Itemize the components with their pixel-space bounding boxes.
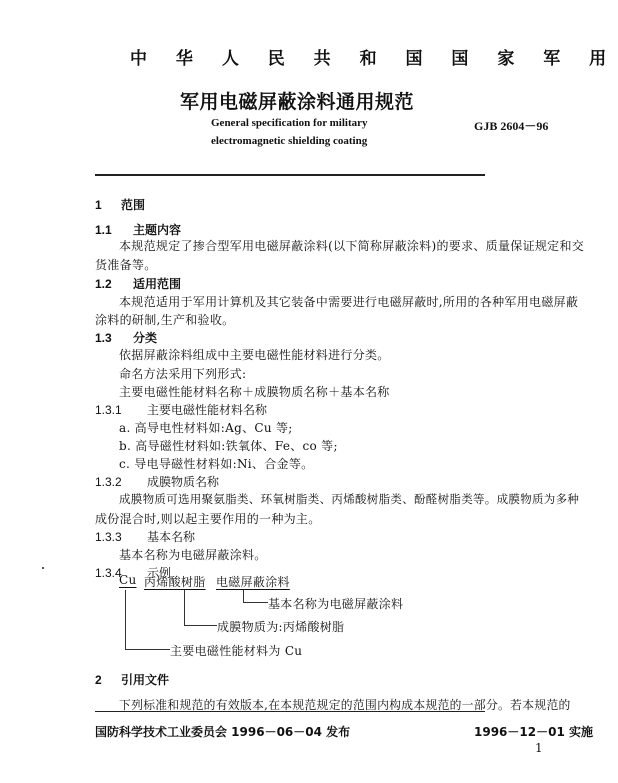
section-1-3-2-para-line2: 成份混合时,则以起主要作用的一种为主。 [95,510,321,527]
list-item-b: b. 高导磁性材料如:铁氧体、Fe、co 等; [119,437,338,454]
section-1-heading: 1范围 [95,196,145,213]
connector-film-horizontal [184,625,217,626]
example-note-film: 成膜物质为:丙烯酸树脂 [217,618,344,635]
connector-base-vertical [243,590,244,602]
issuing-authority-header: 中 华 人 民 共 和 国 国 家 军 用 标 准 [130,44,618,69]
standard-code: GJB 2604－96 [474,117,548,134]
example-part-material: Cu [119,573,137,587]
document-title-en-line1: General specification for military [211,117,368,129]
section-1-3-3-heading: 1.3.3基本名称 [95,528,195,545]
document-title-cn: 军用电磁屏蔽涂料通用规范 [180,87,414,114]
header-divider [95,174,485,176]
example-note-base: 基本名称为电磁屏蔽涂料 [268,595,403,612]
page-number: 1 [535,741,543,755]
section-1-3-line3: 主要电磁性能材料名称＋成膜物质名称＋基本名称 [119,383,390,400]
document-title-en-line2: electromagnetic shielding coating [211,135,367,147]
section-1-1-para-line1: 本规范规定了掺合型军用电磁屏蔽涂料(以下简称屏蔽涂料)的要求、质量保证规定和交 [119,237,584,254]
section-1-3-line2: 命名方法采用下列形式: [119,365,246,382]
example-note-material: 主要电磁性能材料为 Cu [170,642,302,659]
footer-divider [95,711,485,712]
section-1-3-line1: 依据屏蔽涂料组成中主要电磁性能材料进行分类。 [119,346,390,363]
issued-by-date: 国防科学技术工业委员会 1996－06－04 发布 [95,723,350,740]
section-1-3-heading: 1.3分类 [95,329,157,346]
section-1-2-para-line2: 涂料的研制,生产和验收。 [95,311,234,328]
list-item-a: a. 高导电性材料如:Ag、Cu 等; [119,419,293,436]
section-1-3-1-heading: 1.3.1主要电磁性能材料名称 [95,401,267,418]
section-1-3-3-line1: 基本名称为电磁屏蔽涂料。 [119,546,267,563]
effective-date: 1996－12－01 实施 [474,723,593,740]
connector-base-horizontal [243,602,268,603]
section-1-1-heading: 1.1主题内容 [95,221,181,238]
section-1-3-2-para-line1: 成膜物质可选用聚氨脂类、环氧树脂类、丙烯酸树脂类、酚醛树脂类等。成膜物质为多种 [119,491,579,507]
example-part-film: 丙烯酸树脂 [144,573,206,590]
connector-material-vertical [125,590,126,649]
section-1-2-heading: 1.2适用范围 [95,275,181,292]
section-1-1-para-line2: 货准备等。 [95,256,157,273]
example-part-base: 电磁屏蔽涂料 [216,573,290,590]
connector-material-horizontal [125,649,170,650]
section-2-heading: 2引用文件 [95,671,169,688]
section-1-3-2-heading: 1.3.2成膜物质名称 [95,473,219,490]
connector-film-vertical [184,590,185,625]
scan-speck [42,567,44,569]
section-1-2-para-line1: 本规范适用于军用计算机及其它装备中需要进行电磁屏蔽时,所用的各种军用电磁屏蔽 [119,293,578,310]
list-item-c: c. 导电导磁性材料如:Ni、合金等。 [119,455,313,472]
